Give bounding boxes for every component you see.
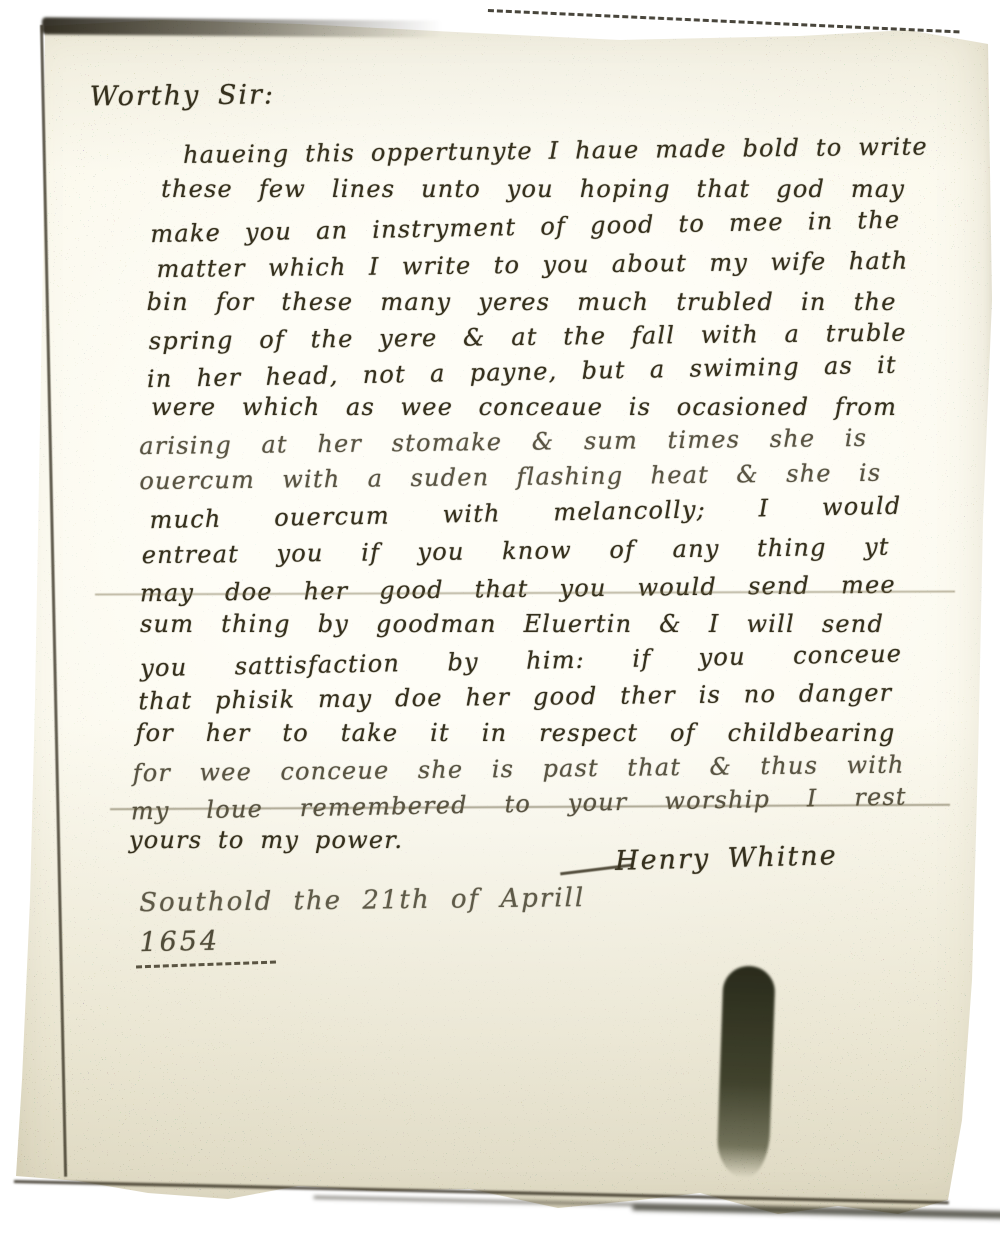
letter-line: my loue remembered to your worship I res… (131, 783, 907, 824)
letter-line: that phisik may doe her good ther is no … (138, 680, 892, 715)
letter-line: entreat you if you know of any thing yt (142, 534, 890, 569)
page-edge-dashed-line (488, 9, 960, 33)
letter-line: you sattisfaction by him: if you conceue (140, 641, 902, 682)
letter-line: for her to take it in respect of childbe… (136, 720, 896, 746)
letter-line: for wee conceue she is past that & thus … (133, 752, 905, 787)
letter-line: arising at her stomake & sum times she i… (139, 425, 867, 460)
paper-sheet: Worthy Sir: haueing this oppertunyte I h… (0, 0, 1000, 1235)
letter-line: these few lines unto you hoping that god… (161, 176, 905, 202)
letter-line: matter which I write to you about my wif… (156, 248, 908, 283)
letter-line: make you an instryment of good to mee in… (150, 207, 900, 248)
letter-line: much ouercum with melancolly; I would (149, 493, 901, 534)
letter-line: were which as wee conceaue is ocasioned … (151, 394, 897, 420)
scanned-manuscript-letter: Worthy Sir: haueing this oppertunyte I h… (0, 0, 1000, 1235)
letter-line: ouercum with a suden flashing heat & she… (139, 460, 881, 495)
letter-line: sum thing by goodman Eluertin & I will s… (140, 611, 884, 637)
handwritten-text: Worthy Sir: haueing this oppertunyte I h… (0, 0, 1000, 1235)
salutation: Worthy Sir: (90, 80, 276, 112)
letter-line: in her head, not a payne, but a swiming … (147, 352, 897, 393)
place-and-date: Southold the 21th of Aprill (139, 884, 585, 918)
letter-line: yours to my power. (129, 827, 403, 853)
signature: Henry Whitne (615, 841, 838, 876)
year: 1654 (139, 927, 220, 958)
letter-line: haueing this oppertunyte I haue made bol… (183, 134, 905, 169)
letter-line: bin for these many yeres much trubled in… (147, 289, 897, 315)
letter-line: spring of the yere & at the fall with a … (149, 320, 907, 355)
letter-line: may doe her good that you would send mee (140, 572, 896, 607)
